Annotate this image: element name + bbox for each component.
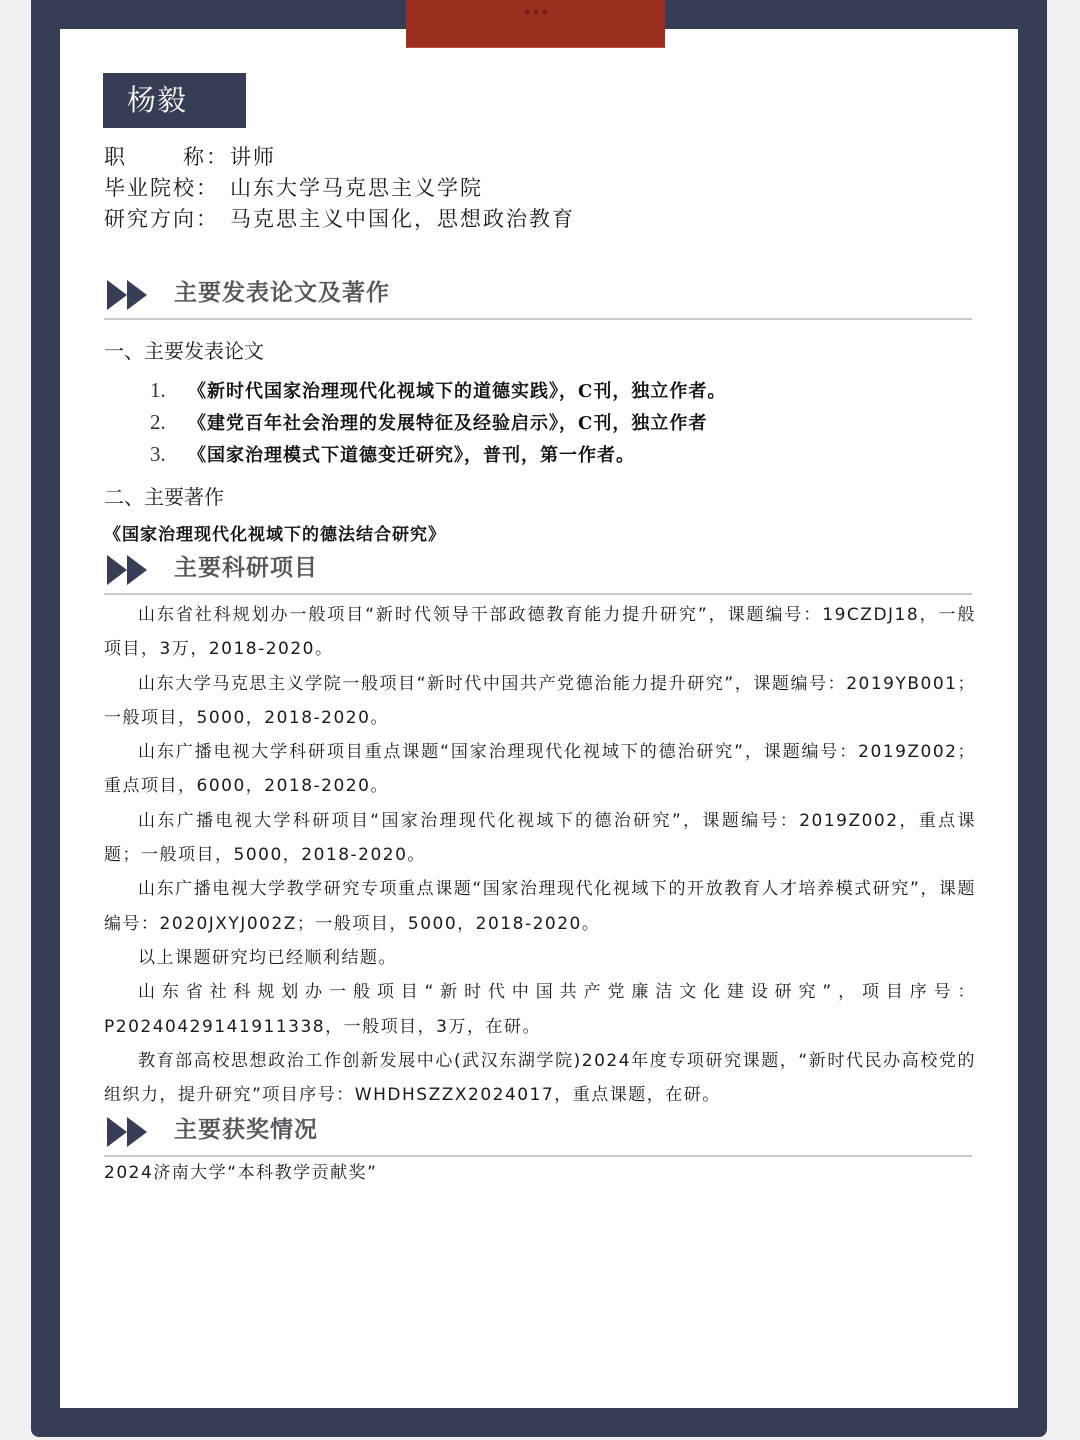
name-badge: 杨毅 <box>103 73 246 128</box>
profile-info: 职称：讲师 毕业院校：山东大学马克思主义学院 研究方向：马克思主义中国化，思想政… <box>104 142 575 235</box>
section-title-projects: 主要科研项目 <box>174 549 318 582</box>
project-list: 山东省社科规划办一般项目“新时代领导干部政德教育能力提升研究”，课题编号：19C… <box>104 598 976 1112</box>
double-chevron-right-icon <box>107 1117 151 1147</box>
list-item: 教育部高校思想政治工作创新发展中心(武汉东湖学院)2024年度专项研究课题，“新… <box>104 1044 976 1113</box>
list-item: 山东广播电视大学科研项目“国家治理现代化视域下的德治研究”，课题编号：2019Z… <box>104 804 976 873</box>
section-title-publications: 主要发表论文及著作 <box>174 274 390 307</box>
books-heading: 二、主要著作 <box>104 481 224 510</box>
list-item: 1.《新时代国家治理现代化视域下的道德实践》，C刊，独立作者。 <box>150 374 726 406</box>
double-chevron-right-icon <box>107 555 151 585</box>
list-item: 以上课题研究均已经顺利结题。 <box>104 941 976 975</box>
profile-research-label: 研究方向： <box>104 204 230 235</box>
section-title-awards: 主要获奖情况 <box>174 1111 318 1144</box>
list-item: 2.《建党百年社会治理的发展特征及经验启示》，C刊，独立作者 <box>150 406 726 438</box>
profile-research-value: 马克思主义中国化，思想政治教育 <box>230 207 575 231</box>
top-tab[interactable] <box>406 0 665 47</box>
double-chevron-right-icon <box>107 280 151 310</box>
list-item: 山东大学马克思主义学院一般项目“新时代中国共产党德治能力提升研究”，课题编号：2… <box>104 667 976 736</box>
list-item: 山东广播电视大学科研项目重点课题“国家治理现代化视域下的德治研究”，课题编号：2… <box>104 735 976 804</box>
profile-school-row: 毕业院校：山东大学马克思主义学院 <box>104 173 575 204</box>
list-item: 3.《国家治理模式下道德变迁研究》，普刊，第一作者。 <box>150 438 726 470</box>
section-header-awards: 主要获奖情况 <box>104 1107 972 1157</box>
book-title: 《国家治理现代化视域下的德法结合研究》 <box>104 520 446 545</box>
list-item: 山东广播电视大学教学研究专项重点课题“国家治理现代化视域下的开放教育人才培养模式… <box>104 872 976 941</box>
profile-school-label: 毕业院校： <box>104 173 230 204</box>
profile-school-value: 山东大学马克思主义学院 <box>230 176 483 200</box>
list-item: 山东省社科规划办一般项目“新时代中国共产党廉洁文化建设研究”，项目序号：P202… <box>104 975 976 1044</box>
list-item: 山东省社科规划办一般项目“新时代领导干部政德教育能力提升研究”，课题编号：19C… <box>104 598 976 667</box>
profile-title-row: 职称：讲师 <box>104 142 575 173</box>
section-header-publications: 主要发表论文及著作 <box>104 270 972 320</box>
more-dots-icon <box>524 10 547 15</box>
profile-title-label: 职称： <box>104 142 230 173</box>
paper-list: 1.《新时代国家治理现代化视域下的道德实践》，C刊，独立作者。 2.《建党百年社… <box>150 374 726 470</box>
profile-title-value: 讲师 <box>230 145 276 169</box>
papers-heading: 一、主要发表论文 <box>104 335 264 364</box>
section-header-projects: 主要科研项目 <box>104 545 972 595</box>
profile-research-row: 研究方向：马克思主义中国化，思想政治教育 <box>104 204 575 235</box>
award-item: 2024济南大学“本科教学贡献奖” <box>104 1158 377 1183</box>
